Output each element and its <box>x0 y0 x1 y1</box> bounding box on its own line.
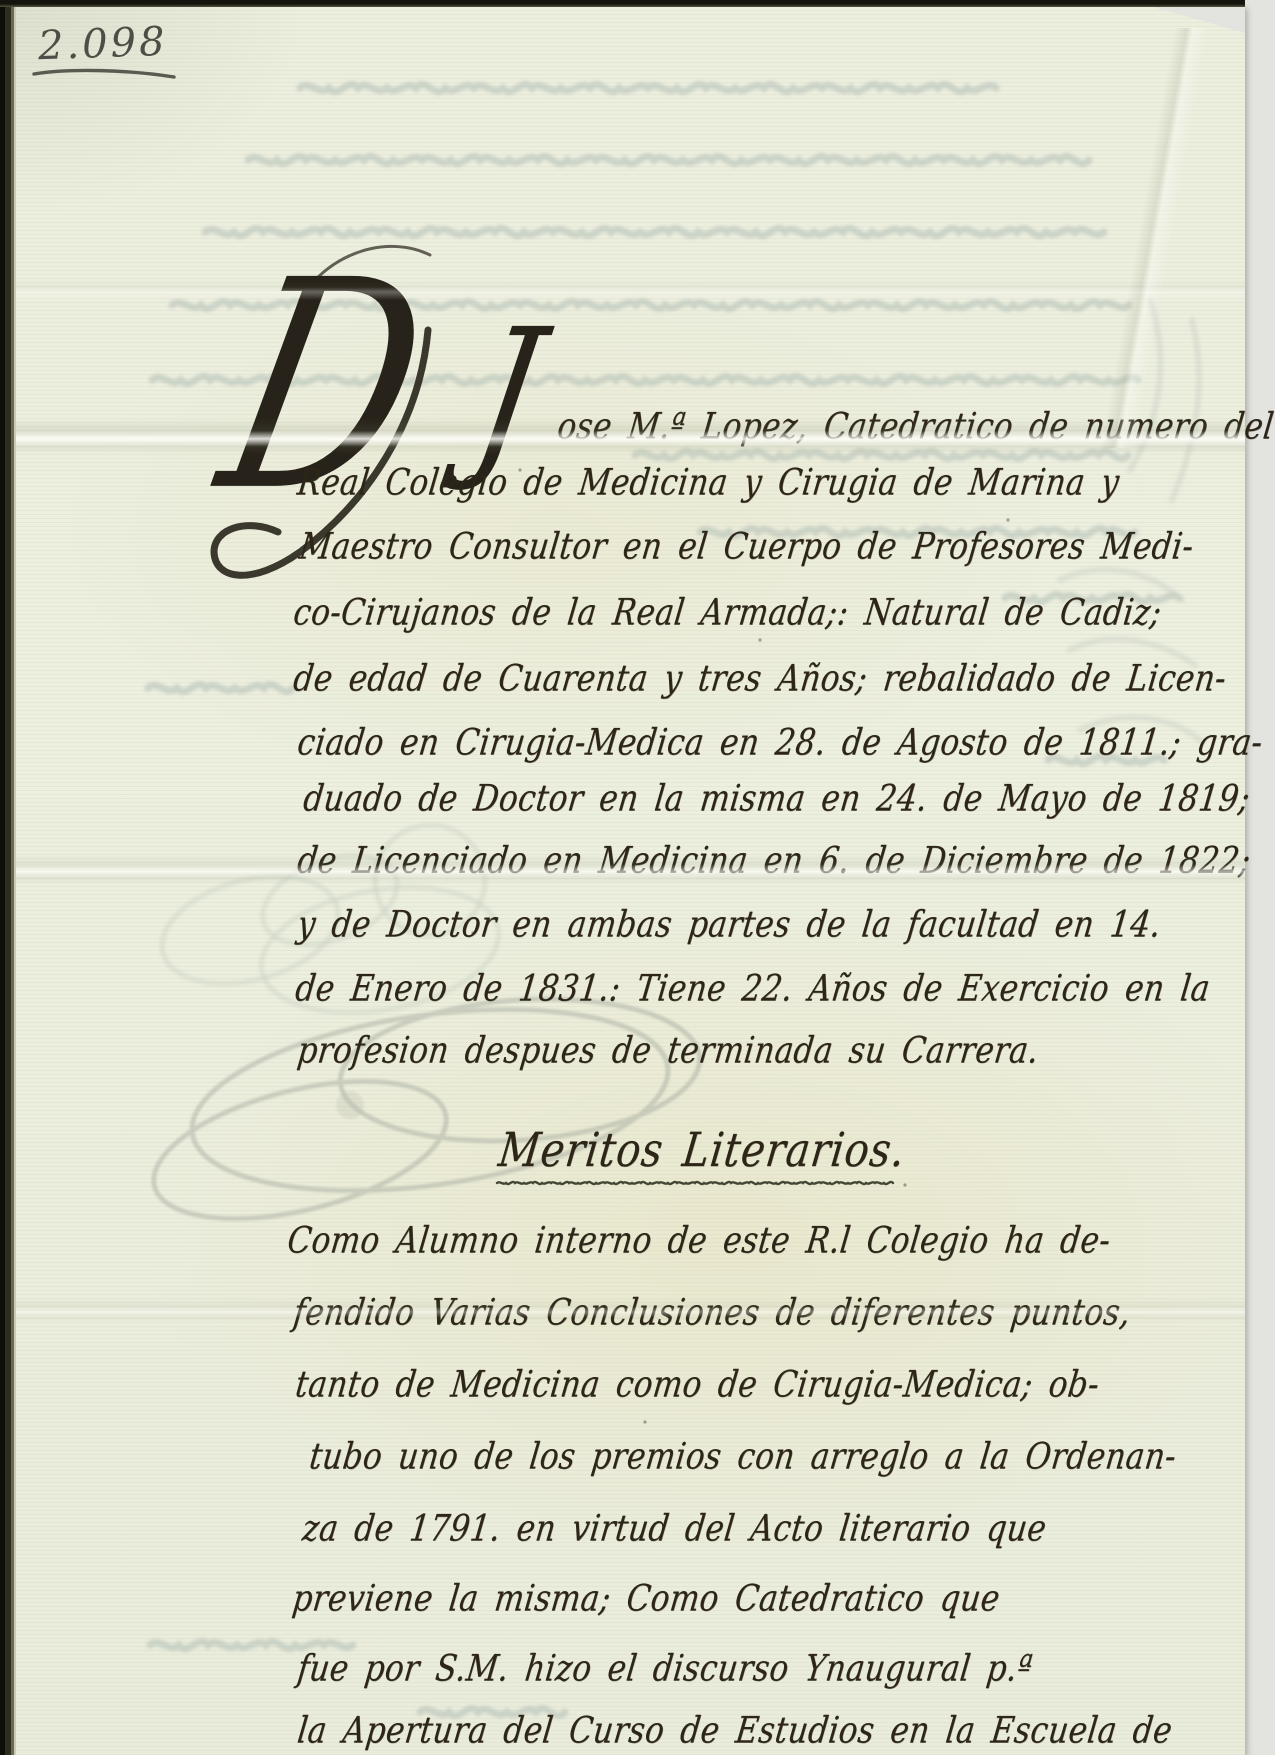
manuscript-line: de Licenciado en Medicina en 6. de Dicie… <box>295 842 1253 880</box>
manuscript-line: y de Doctor en ambas partes de la facult… <box>295 906 1163 944</box>
manuscript-line: co-Cirujanos de la Real Armada;: Natural… <box>291 594 1163 632</box>
manuscript-line: ciado en Cirugia-Medica en 28. de Agosto… <box>295 724 1265 762</box>
manuscript-line: de Enero de 1831.: Tiene 22. Años de Exe… <box>293 970 1212 1008</box>
manuscript-line: Maestro Consultor en el Cuerpo de Profes… <box>297 528 1195 566</box>
archive-number: 2.098 <box>37 22 168 66</box>
manuscript-line: tubo uno de los premios con arreglo a la… <box>307 1438 1178 1476</box>
manuscript-line: Como Alumno interno de este R.l Colegio … <box>285 1222 1112 1260</box>
manuscript-line: fendido Varias Conclusiones de diferente… <box>291 1294 1132 1332</box>
scan-edge-left <box>0 0 16 1755</box>
manuscript-line: duado de Doctor en la misma en 24. de Ma… <box>301 780 1252 818</box>
manuscript-line: de edad de Cuarenta y tres Años; rebalid… <box>291 660 1228 698</box>
manuscript-line: profesion despues de terminada su Carrer… <box>295 1032 1041 1070</box>
manuscript-line: tanto de Medicina como de Cirugia-Medica… <box>293 1366 1101 1404</box>
manuscript-line: fue por S.M. hizo el discurso Ynaugural … <box>295 1650 1034 1688</box>
manuscript-line: za de 1791. en virtud del Acto literario… <box>300 1510 1048 1548</box>
manuscript-line: ose M.ª Lopez, Catedratico de numero del <box>555 408 1275 446</box>
scanned-page: 2.098 D J ose M.ª Lopez, Catedratico de … <box>0 0 1275 1755</box>
manuscript-line: Real Colegio de Medicina y Cirugia de Ma… <box>295 464 1121 502</box>
manuscript-line: previene la misma; Como Catedratico que <box>290 1580 1002 1618</box>
meritos-heading: Meritos Literarios. <box>496 1126 908 1176</box>
scan-edge-top <box>0 0 1245 7</box>
manuscript-line: la Apertura del Curso de Estudios en la … <box>295 1712 1174 1750</box>
